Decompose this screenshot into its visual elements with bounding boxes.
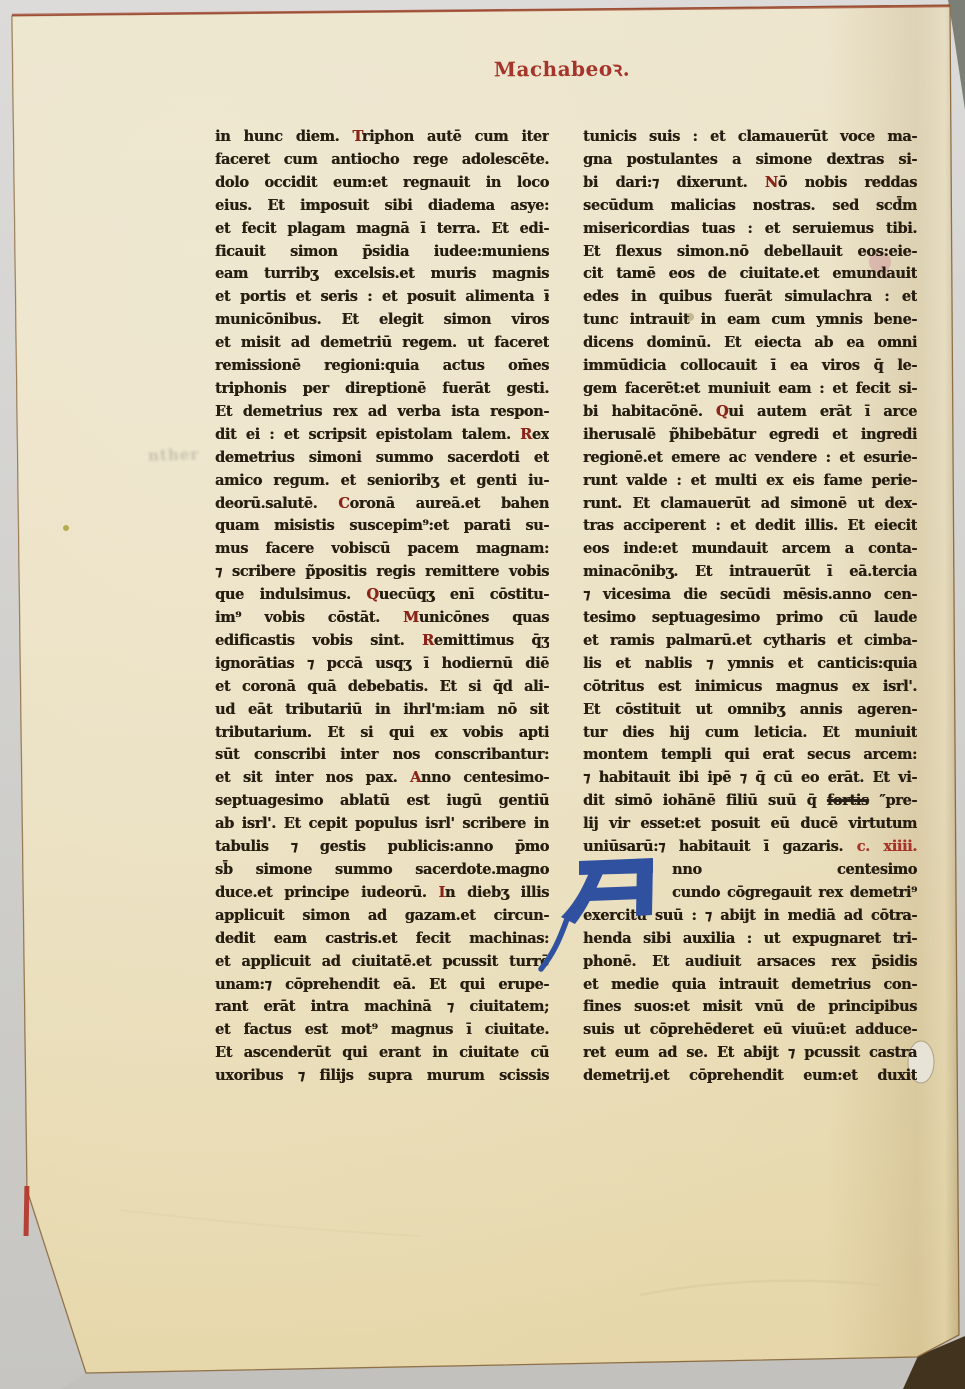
text-line: que indulsimus. Quecūqʒ enī cōstitu- [215, 584, 549, 607]
text-line: demetrius simoni summo sacerdoti et [215, 447, 549, 470]
text-line: Et ascenderūt qui erant in ciuitate cū [215, 1042, 549, 1065]
text-line: dicens dominū. Et eiecta ab ea omni [583, 332, 917, 355]
text-line: ficauit simon p̄sidia iudee:muniens [215, 241, 549, 264]
text-line: gem facerēt:et muniuit eam : et fecit si… [583, 378, 917, 401]
text-line: duce.et principe iudeorū. In diebʒ illis [215, 882, 549, 905]
text-line: et ramis palmarū.et cytharis et cimba- [583, 630, 917, 653]
text-line: lij vir esset:et posuit eū ducē virtutum [583, 813, 917, 836]
show-through-text: nther [148, 445, 200, 464]
text-line: suis ut cōprehēderet eū viuū:et adduce- [583, 1019, 917, 1042]
text-line: minacōnibʒ. Et intrauerūt ī eā.tercia [583, 561, 917, 584]
text-line: cōtritus est inimicus magnus ex isrl'. [583, 676, 917, 699]
text-line: et applicuit ad ciuitatē.et pcussit turr… [215, 951, 549, 974]
text-line: runt valde : et multi ex eis fame perie- [583, 470, 917, 493]
text-line: mus facere vobiscū pacem magnam: [215, 538, 549, 561]
text-line: rant erāt intra machinā ⁊ ciuitatem; [215, 996, 549, 1019]
text-line: im⁹ vobis cōstāt. Municōnes quas [215, 607, 549, 630]
text-line: bi habitacōnē. Qui autem erāt ī arce [583, 401, 917, 424]
text-line: faceret cum antiocho rege adolescēte. [215, 149, 549, 172]
text-line: quam misistis suscepim⁹:et parati su- [215, 515, 549, 538]
text-line: secūdum malicias nostras. sed scd̄m [583, 195, 917, 218]
text-line: ⁊ scribere p̃positis regis remittere vob… [215, 561, 549, 584]
text-line: ab isrl'. Et cepit populus isrl' scriber… [215, 813, 549, 836]
text-line: sb̄ simone summo sacerdote.magno [215, 859, 549, 882]
text-line: tesimo septuagesimo primo cū laude [583, 607, 917, 630]
text-line: tunicis suis : et clamauerūt voce ma- [583, 126, 917, 149]
text-line: iherusalē p̃hibebātur egredi et ingredi [583, 424, 917, 447]
text-line: gna postulantes a simone dextras si- [583, 149, 917, 172]
text-line: tur dies hij cum leticia. Et muniuit [583, 722, 917, 745]
text-line: regionē.et emere ac vendere : et esurie- [583, 447, 917, 470]
lombard-a-glyph [561, 858, 653, 924]
text-line: et sit inter nos pax. Anno centesimo- [215, 767, 549, 790]
scanned-manuscript-page: Machabeoꝛ. nther in hunc diem. Triphon a… [0, 0, 965, 1389]
text-line: ignorātias ⁊ pccā usqʒ ī hodiernū diē [215, 653, 549, 676]
text-line: et coronā quā debebatis. Et si q̄d ali- [215, 676, 549, 699]
text-line: montem templi qui erat secus arcem: [583, 744, 917, 767]
text-line: cit tamē eos de ciuitate.et emundauit [583, 263, 917, 286]
text-line: tabulis ⁊ gestis publicis:anno p̄mo [215, 836, 549, 859]
text-line: et fecit plagam magnā ī terra. Et edi- [215, 218, 549, 241]
text-line: ret eum ad se. Et abijt ⁊ pcussit castra [583, 1042, 917, 1065]
text-line: ud eāt tributariū in ihrl'm:iam nō sit [215, 699, 549, 722]
text-line: triphonis per direptionē fuerāt gesti. [215, 378, 549, 401]
text-line: tunc intrauit in eam cum ymnis bene- [583, 309, 917, 332]
text-line: deorū.salutē. Coronā aureā.et bahen [215, 493, 549, 516]
text-line: septuagesimo ablatū est iugū gentiū [215, 790, 549, 813]
text-line: applicuit simon ad gazam.et circun- [215, 905, 549, 928]
text-line: sūt conscribi inter nos conscribantur: [215, 744, 549, 767]
text-line: remissionē regioni:quia actus om̄es [215, 355, 549, 378]
text-line: Et flexus simon.nō debellauit eos:eie- [583, 241, 917, 264]
text-line: dit simō iohānē filiū suū q̄ fortis ″pre… [583, 790, 917, 813]
text-line: dit ei : et scripsit epistolam talem. Re… [215, 424, 549, 447]
text-line: misericordias tuas : et seruiemus tibi. [583, 218, 917, 241]
text-line: dedit eam castris.et fecit machinas: [215, 928, 549, 951]
text-line: amico regum. et senioribʒ et genti iu- [215, 470, 549, 493]
text-line: runt. Et clamauerūt ad simonē ut dex- [583, 493, 917, 516]
text-line: ⁊ habitauit ibi ipē ⁊ q̄ cū eo erāt. Et … [583, 767, 917, 790]
text-line: et factus est mot⁹ magnus ī ciuitate. [215, 1019, 549, 1042]
text-line: edificastis vobis sint. Remittimus q̄ʒ [215, 630, 549, 653]
running-title: Machabeoꝛ. [452, 54, 672, 83]
text-line: municōnibus. Et elegit simon viros [215, 309, 549, 332]
text-line: et misit ad demetriū regem. ut faceret [215, 332, 549, 355]
text-line: immūdicia collocauit ī ea viros q̄ le- [583, 355, 917, 378]
text-line: Et demetrius rex ad verba ista respon- [215, 401, 549, 424]
text-line: dolo occidit eum:et regnauit in loco [215, 172, 549, 195]
illuminated-initial-A [549, 851, 679, 981]
text-line: lis et nablis ⁊ ymnis et canticis:quia [583, 653, 917, 676]
text-line: et portis et seris : et posuit alimenta … [215, 286, 549, 309]
text-line: Et cōstituit ut omnibʒ annis ageren- [583, 699, 917, 722]
text-line: in hunc diem. Triphon autē cum iter [215, 126, 549, 149]
text-line: tras acciperent : et dedit illis. Et eie… [583, 515, 917, 538]
text-line: eius. Et imposuit sibi diadema asye: [215, 195, 549, 218]
text-line: bi dari:⁊ dixerunt. Nō nobis reddas [583, 172, 917, 195]
text-line: uxoribus ⁊ filijs supra murum scissis [215, 1065, 549, 1088]
text-line: edes in quibus fuerāt simulachra : et [583, 286, 917, 309]
text-line: demetrij.et cōprehendit eum:et duxit [583, 1065, 917, 1088]
printed-text-layer: Machabeoꝛ. nther in hunc diem. Triphon a… [0, 0, 965, 1389]
text-line: ⁊ vicesima die secūdi mēsis.anno cen- [583, 584, 917, 607]
text-column-left: in hunc diem. Triphon autē cum iterfacer… [215, 126, 549, 1088]
text-line: eos inde:et mundauit arcem a conta- [583, 538, 917, 561]
text-line: unam:⁊ cōprehendit eā. Et qui erupe- [215, 974, 549, 997]
text-line: eam turribʒ excelsis.et muris magnis [215, 263, 549, 286]
text-line: tributarium. Et si qui ex vobis apti [215, 722, 549, 745]
text-line: fines suos:et misit vnū de principibus [583, 996, 917, 1019]
